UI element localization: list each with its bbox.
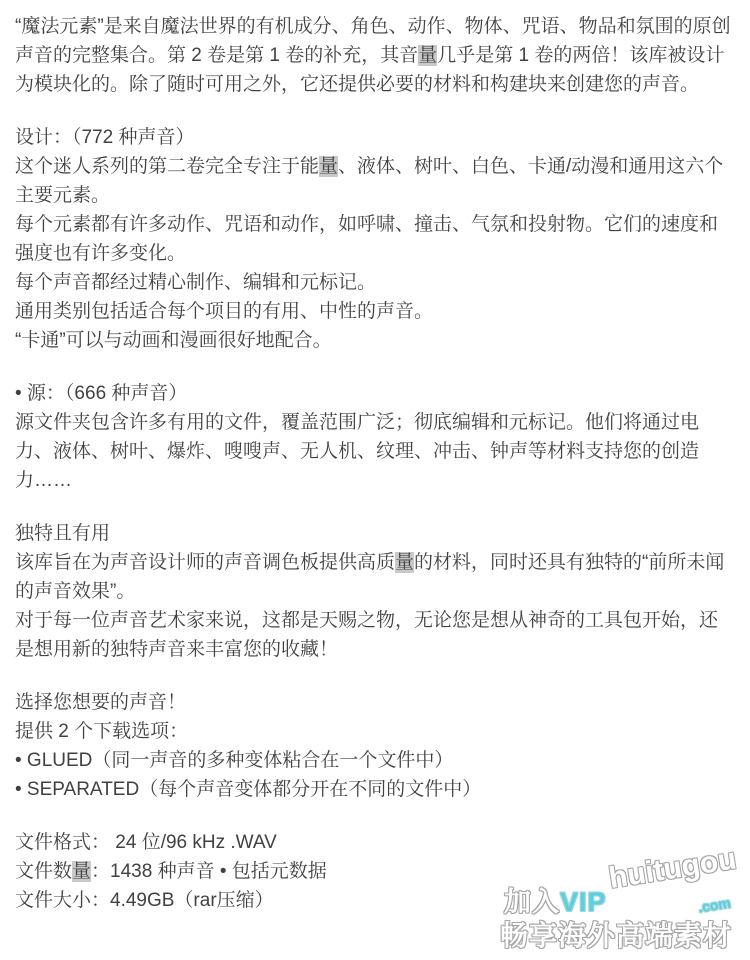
paragraph: 设计：（772 种声音） (15, 123, 736, 152)
search-highlight: 量 (319, 156, 338, 177)
paragraph: 文件大小：4.49GB（rar压缩） (15, 886, 736, 915)
paragraph: 提供 2 个下载选项： (15, 717, 736, 746)
paragraph: • 源：（666 种声音） (15, 379, 736, 408)
paragraph: “卡通”可以与动画和漫画很好地配合。 (15, 326, 736, 355)
search-highlight: 量 (395, 552, 414, 573)
section-intro: “魔法元素”是来自魔法世界的有机成分、角色、动作、物体、咒语、物品和氛围的原创声… (15, 12, 736, 99)
search-highlight: 量 (418, 45, 437, 66)
paragraph: 该库旨在为声音设计师的声音调色板提供高质量的材料，同时还具有独特的“前所未闻的声… (15, 548, 736, 606)
paragraph: 源文件夹包含许多有用的文件，覆盖范围广泛；彻底编辑和元标记。他们将通过电力、液体… (15, 408, 736, 495)
section-design: 设计：（772 种声音）这个迷人系列的第二卷完全专注于能量、液体、树叶、白色、卡… (15, 123, 736, 355)
page-root: { "page": { "background": "#ffffff", "te… (0, 0, 750, 960)
paragraph: 这个迷人系列的第二卷完全专注于能量、液体、树叶、白色、卡通/动漫和通用这六个主要… (15, 152, 736, 210)
section-unique: 独特且有用该库旨在为声音设计师的声音调色板提供高质量的材料，同时还具有独特的“前… (15, 519, 736, 664)
paragraph: 文件格式： 24 位/96 kHz .WAV (15, 828, 736, 857)
paragraph: “魔法元素”是来自魔法世界的有机成分、角色、动作、物体、咒语、物品和氛围的原创声… (15, 12, 736, 99)
paragraph: • GLUED（同一声音的多种变体粘合在一个文件中） (15, 746, 736, 775)
paragraph: 文件数量：1438 种声音 • 包括元数据 (15, 857, 736, 886)
document-body: “魔法元素”是来自魔法世界的有机成分、角色、动作、物体、咒语、物品和氛围的原创声… (0, 0, 750, 939)
paragraph: 对于每一位声音艺术家来说，这都是天赐之物，无论您是想从神奇的工具包开始，还是想用… (15, 606, 736, 664)
search-highlight: 量 (72, 861, 91, 882)
section-source: • 源：（666 种声音）源文件夹包含许多有用的文件，覆盖范围广泛；彻底编辑和元… (15, 379, 736, 495)
paragraph: 每个声音都经过精心制作、编辑和元标记。 (15, 268, 736, 297)
paragraph: 每个元素都有许多动作、咒语和动作，如呼啸、撞击、气氛和投射物。它们的速度和强度也… (15, 210, 736, 268)
paragraph: • SEPARATED（每个声音变体都分开在不同的文件中） (15, 775, 736, 804)
paragraph: 独特且有用 (15, 519, 736, 548)
section-options: 选择您想要的声音！提供 2 个下载选项：• GLUED（同一声音的多种变体粘合在… (15, 688, 736, 804)
section-file-info: 文件格式： 24 位/96 kHz .WAV文件数量：1438 种声音 • 包括… (15, 828, 736, 915)
paragraph: 选择您想要的声音！ (15, 688, 736, 717)
paragraph: 通用类别包括适合每个项目的有用、中性的声音。 (15, 297, 736, 326)
